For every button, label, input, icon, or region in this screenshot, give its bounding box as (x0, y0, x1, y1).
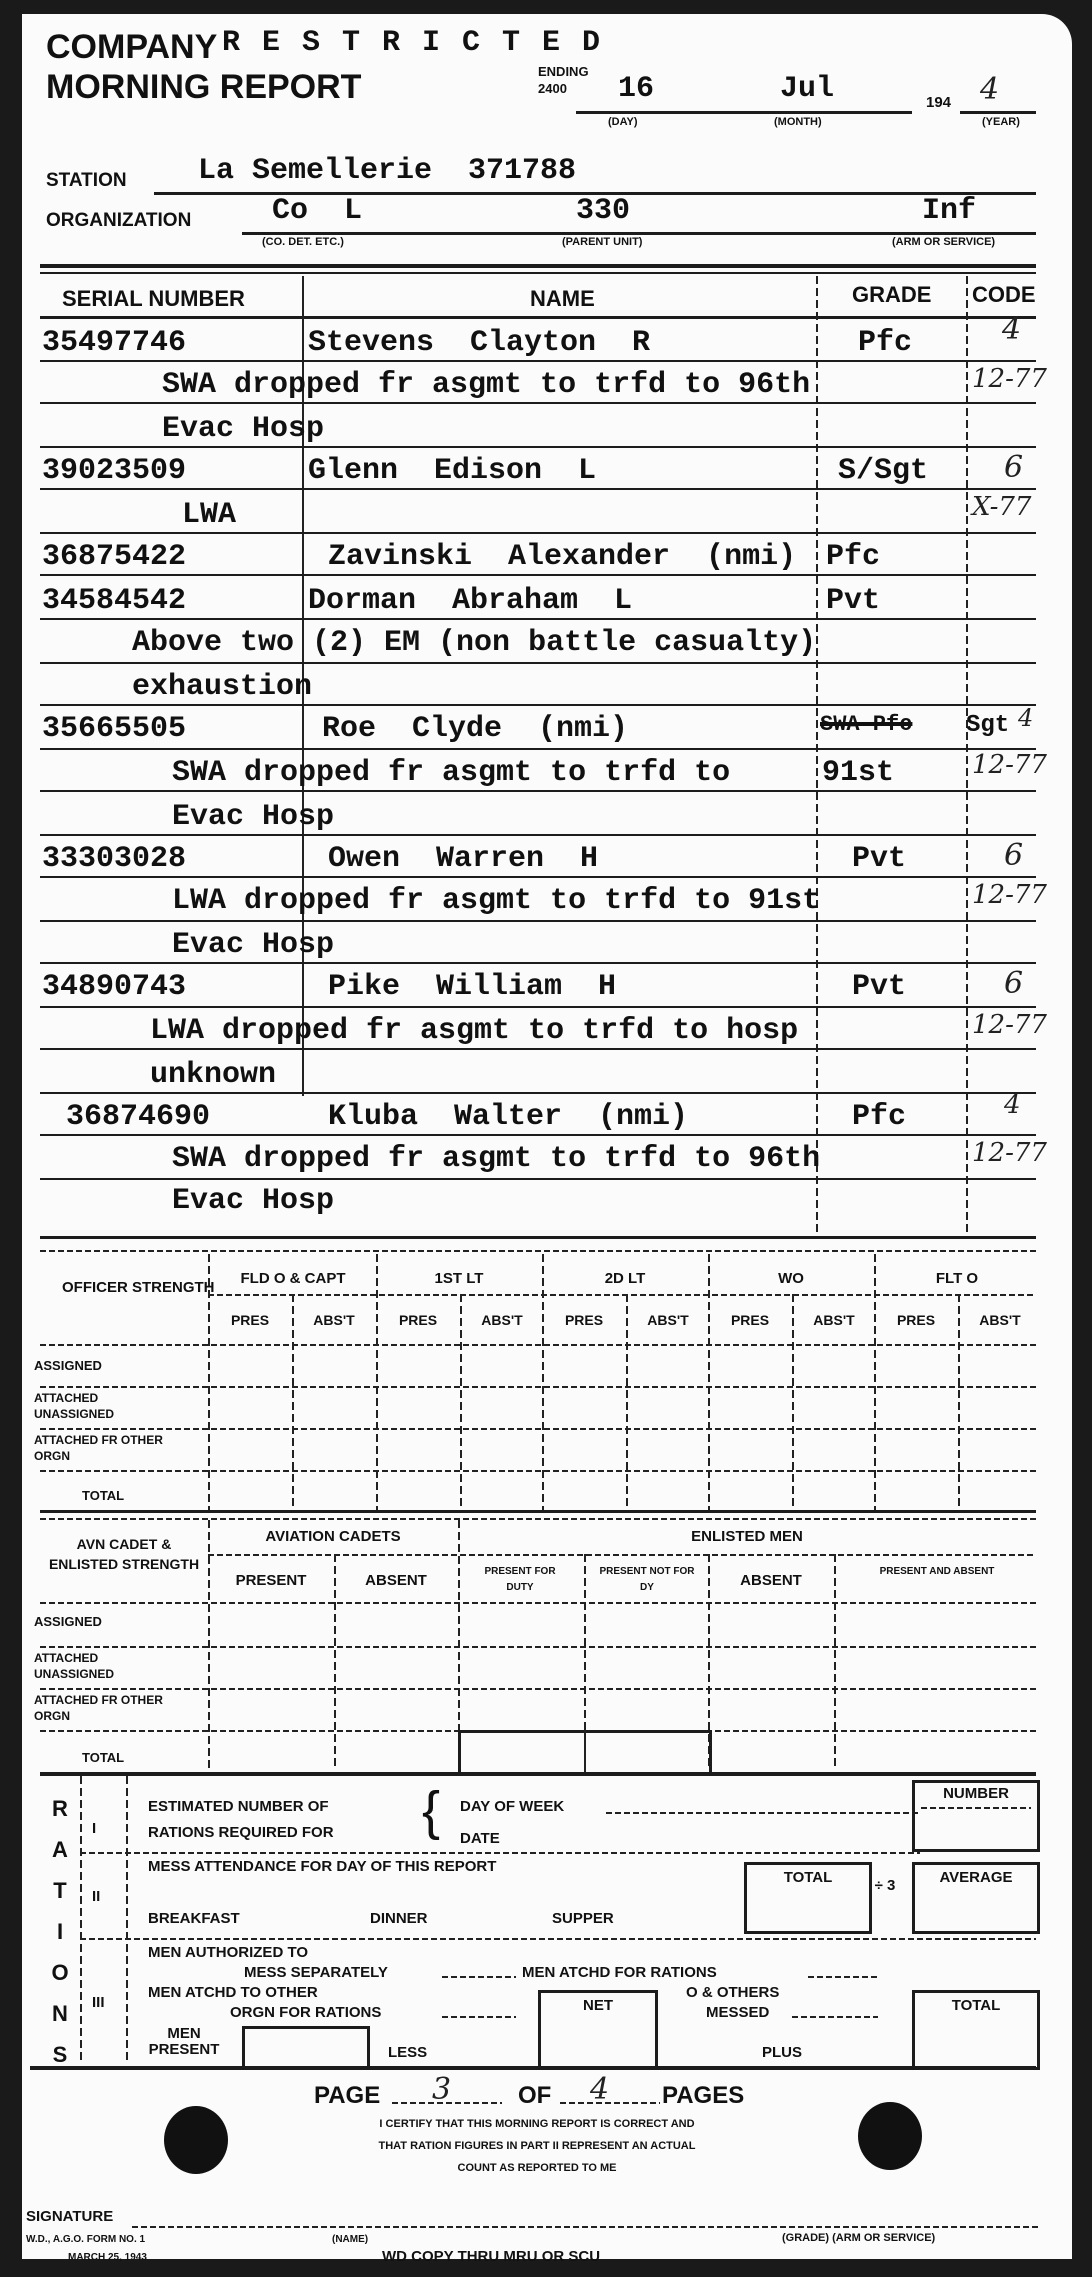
row-label-attached-fr-other-orgn: ATTACHED FR OTHER ORGN (34, 1692, 164, 1724)
sub-column-pres: PRES (208, 1312, 292, 1328)
day-of-week-label: DAY OF WEEK (460, 1798, 564, 1815)
arm-caption: (ARM OR SERVICE) (892, 236, 995, 248)
less-label: LESS (388, 2044, 427, 2061)
column-present-not-for-duty: PRESENT NOT FOR DY (594, 1564, 700, 1596)
mess-total-box[interactable]: TOTAL (744, 1862, 872, 1934)
men-authorized-line1: MEN AUTHORIZED TO (148, 1944, 308, 1961)
serial-number-cell[interactable]: 36874690 (66, 1100, 210, 1134)
page-label: PAGE (314, 2082, 380, 2110)
row-label-total: TOTAL (82, 1488, 124, 1503)
serial-number-cell[interactable]: 35665505 (42, 712, 186, 746)
rations-total-box[interactable]: TOTAL (912, 1990, 1040, 2070)
officer-group-1st-lt: 1ST LT (376, 1270, 542, 1287)
group-aviation-cadets: AVIATION CADETS (208, 1528, 458, 1545)
row-label-assigned: ASSIGNED (34, 1358, 102, 1373)
grade-cell[interactable]: Pfc (852, 1100, 906, 1134)
officer-group-flt-o: FLT O (874, 1270, 1040, 1287)
grade-struck-cell: SWA Pfc (820, 712, 912, 737)
organization-label: ORGANIZATION (46, 210, 191, 232)
grade-cell[interactable]: Sgt (966, 712, 1009, 739)
name-cell[interactable]: Pike William H (328, 970, 616, 1004)
certification-line2: THAT RATION FIGURES IN PART II REPRESENT… (272, 2140, 802, 2152)
group-enlisted-men: ENLISTED MEN (458, 1528, 1036, 1545)
punch-hole-left (164, 2106, 228, 2174)
officer-strength-title: OFFICER STRENGTH (62, 1278, 192, 1298)
name-cell[interactable]: Stevens Clayton R (308, 326, 650, 360)
meal-supper: SUPPER (552, 1910, 614, 1927)
net-box[interactable]: NET (538, 1990, 658, 2070)
sub-column-pres: PRES (376, 1312, 460, 1328)
total-pages[interactable]: 4 (590, 2072, 609, 2107)
serial-number-cell[interactable]: 39023509 (42, 454, 186, 488)
remark-cell[interactable]: SWA dropped fr asgmt to trfd to (172, 756, 730, 790)
remark-cell[interactable]: Evac Hosp (172, 1184, 334, 1218)
code-cell[interactable]: 12-77 (972, 1138, 1047, 1168)
mess-total-label: TOTAL (747, 1869, 869, 1886)
year-prefix: 194 (926, 94, 951, 111)
rations-side-label: RATIONS (42, 1788, 78, 2075)
meal-dinner: DINNER (370, 1910, 428, 1927)
officer-group-2d-lt: 2D LT (542, 1270, 708, 1287)
grade-cell[interactable]: Pvt (852, 970, 906, 1004)
parent-unit-caption: (PARENT UNIT) (562, 236, 642, 248)
certification-line1: I CERTIFY THAT THIS MORNING REPORT IS CO… (272, 2118, 802, 2130)
serial-number-cell[interactable]: 34584542 (42, 584, 186, 618)
rations-total-label: TOTAL (915, 1997, 1037, 2014)
row-label-attached-unassigned: ATTACHED UNASSIGNED (34, 1390, 164, 1422)
page-number[interactable]: 3 (432, 2072, 451, 2107)
name-cell[interactable]: Roe Clyde (nmi) (322, 712, 628, 746)
org-unit-field[interactable]: Co L (272, 194, 362, 228)
remark-cell[interactable]: LWA dropped fr asgmt to trfd to hosp (150, 1014, 798, 1048)
grade-cell[interactable]: S/Sgt (838, 454, 928, 488)
code-cell[interactable]: 12-77 (972, 750, 1047, 780)
men-atchd-for-rations: MEN ATCHD FOR RATIONS (522, 1964, 717, 1981)
copy-note: WD COPY THRU MRU OR SCU (382, 2248, 600, 2265)
column-present-for-duty: PRESENT FOR DUTY (470, 1564, 570, 1596)
grade-cell[interactable]: Pfc (826, 540, 880, 574)
grade-cell[interactable]: Pfc (858, 326, 912, 360)
remark-cell[interactable]: exhaustion (132, 670, 312, 704)
report-month[interactable]: Jul (780, 72, 834, 106)
code-cell[interactable]: 12-77 (972, 1010, 1047, 1040)
code-cell[interactable]: 12-77 (972, 880, 1047, 910)
row-label-assigned: ASSIGNED (34, 1614, 102, 1629)
code-cell[interactable]: X-77 (972, 492, 1031, 522)
column-present: PRESENT (208, 1572, 334, 1589)
divide-by-three: ÷ 3 (870, 1876, 900, 1896)
row-label-attached-fr-other-orgn: ATTACHED FR OTHER ORGN (34, 1432, 164, 1464)
report-year[interactable]: 4 (980, 72, 999, 107)
sub-column-abst: ABS'T (460, 1312, 544, 1328)
net-label: NET (541, 1997, 655, 2014)
remark-cell[interactable]: Evac Hosp (172, 800, 334, 834)
men-atchd-other-line1: MEN ATCHD TO OTHER (148, 1984, 318, 2001)
name-cell[interactable]: Zavinski Alexander (nmi) (328, 540, 796, 574)
remark-cell[interactable]: LWA (182, 498, 236, 532)
name-caption: (NAME) (332, 2234, 368, 2245)
signature-label: SIGNATURE (26, 2208, 113, 2225)
report-day[interactable]: 16 (618, 72, 654, 106)
parent-unit-field[interactable]: 330 (576, 194, 630, 228)
row-label-total: TOTAL (82, 1750, 124, 1765)
estimated-label-line2: RATIONS REQUIRED FOR (148, 1824, 334, 1841)
sub-column-abst: ABS'T (626, 1312, 710, 1328)
mess-attendance-title: MESS ATTENDANCE FOR DAY OF THIS REPORT (148, 1858, 496, 1875)
men-present-box[interactable] (242, 2026, 370, 2070)
officer-group-fld-o-capt: FLD O & CAPT (210, 1270, 376, 1287)
morning-report-form: COMPANY R E S T R I C T E D MORNING REPO… (22, 14, 1072, 2259)
column-absent: ABSENT (334, 1572, 458, 1589)
serial-number-cell[interactable]: 33303028 (42, 842, 186, 876)
average-box[interactable]: AVERAGE (912, 1862, 1040, 1934)
code-cell[interactable]: 4 (1004, 1090, 1021, 1120)
org-unit-caption: (CO. DET. ETC.) (262, 236, 344, 248)
ending-label: ENDING (538, 64, 589, 79)
column-absent-em: ABSENT (708, 1572, 834, 1589)
men-present-label: MEN PRESENT (144, 2026, 224, 2058)
form-title-company: COMPANY (46, 28, 217, 67)
sub-column-pres: PRES (542, 1312, 626, 1328)
remark-cell[interactable]: SWA dropped fr asgmt to trfd to 96th (162, 368, 810, 402)
form-date: MARCH 25, 1943 (68, 2252, 147, 2263)
section-numeral-i: I (92, 1820, 96, 1837)
enlisted-strength-title: AVN CADET & ENLISTED STRENGTH (44, 1534, 204, 1574)
section-numeral-ii: II (92, 1888, 100, 1905)
station-label: STATION (46, 170, 127, 192)
sub-column-pres: PRES (708, 1312, 792, 1328)
remark-cell[interactable]: Evac Hosp (172, 928, 334, 962)
form-number: W.D., A.G.O. FORM NO. 1 (26, 2234, 145, 2245)
code-cell[interactable]: 12-77 (972, 364, 1047, 394)
average-label: AVERAGE (915, 1869, 1037, 1886)
section-numeral-iii: III (92, 1994, 105, 2011)
column-header-grade: GRADE (852, 282, 931, 308)
code-cell[interactable]: 6 (1004, 838, 1023, 873)
plus-label: PLUS (762, 2044, 802, 2061)
name-cell[interactable]: Glenn Edison L (308, 454, 596, 488)
date-label: DATE (460, 1830, 500, 1847)
of-label: OF (518, 2082, 551, 2110)
classification-stamp: R E S T R I C T E D (222, 26, 602, 60)
code-cell[interactable]: 6 (1004, 450, 1023, 485)
code-cell[interactable]: 4 (1002, 312, 1021, 347)
column-header-name: NAME (530, 286, 595, 312)
name-cell[interactable]: Owen Warren H (328, 842, 598, 876)
number-box-label: NUMBER (915, 1785, 1037, 1802)
serial-number-cell[interactable]: 35497746 (42, 326, 186, 360)
remark-cell[interactable]: Above two (2) EM (non battle casualty) (132, 626, 816, 660)
meal-breakfast: BREAKFAST (148, 1910, 240, 1927)
o-others-line1: O & OTHERS (686, 1984, 779, 2001)
grade-caption: (GRADE) (ARM OR SERVICE) (782, 2232, 935, 2244)
estimated-label-line1: ESTIMATED NUMBER OF (148, 1798, 329, 1815)
grade-cell[interactable]: Pvt (826, 584, 880, 618)
code-cell[interactable]: 4 (1018, 704, 1033, 732)
serial-number-cell[interactable]: 34890743 (42, 970, 186, 1004)
column-header-serial: SERIAL NUMBER (62, 286, 245, 312)
brace-icon: { (422, 1784, 440, 1838)
code-cell[interactable]: 6 (1004, 966, 1023, 1001)
sub-column-abst: ABS'T (292, 1312, 376, 1328)
column-header-code: CODE (972, 282, 1036, 308)
certification-line3: COUNT AS REPORTED TO ME (272, 2162, 802, 2174)
form-title-morning-report: MORNING REPORT (46, 68, 361, 107)
arm-of-service-field[interactable]: Inf (922, 194, 976, 228)
remark-cell[interactable]: LWA dropped fr asgmt to trfd to 91st (172, 884, 820, 918)
sub-column-abst: ABS'T (792, 1312, 876, 1328)
station-field[interactable]: La Semellerie 371788 (198, 154, 576, 188)
name-cell[interactable]: Dorman Abraham L (308, 584, 632, 618)
grade-cell[interactable]: 91st (822, 756, 894, 790)
pages-label: PAGES (662, 2082, 744, 2110)
row-label-attached-unassigned: ATTACHED UNASSIGNED (34, 1650, 164, 1682)
punch-hole-right (858, 2102, 922, 2170)
sub-column-abst: ABS'T (958, 1312, 1042, 1328)
remark-cell[interactable]: SWA dropped fr asgmt to trfd to 96th (172, 1142, 820, 1176)
grade-cell[interactable]: Pvt (852, 842, 906, 876)
ending-time: 2400 (538, 81, 567, 96)
o-others-line2: MESSED (706, 2004, 769, 2021)
men-authorized-line2: MESS SEPARATELY (244, 1964, 388, 1981)
day-caption: (DAY) (608, 116, 638, 128)
name-cell[interactable]: Kluba Walter (nmi) (328, 1100, 688, 1134)
month-caption: (MONTH) (774, 116, 822, 128)
year-caption: (YEAR) (982, 116, 1020, 128)
serial-number-cell[interactable]: 36875422 (42, 540, 186, 574)
remark-cell[interactable]: Evac Hosp (162, 412, 324, 446)
men-atchd-other-line2: ORGN FOR RATIONS (230, 2004, 381, 2021)
sub-column-pres: PRES (874, 1312, 958, 1328)
signature-line[interactable] (132, 2226, 1038, 2228)
number-box[interactable]: NUMBER (912, 1780, 1040, 1852)
column-present-and-absent: PRESENT AND ABSENT (872, 1564, 1002, 1580)
officer-group-wo: WO (708, 1270, 874, 1287)
remark-cell[interactable]: unknown (150, 1058, 276, 1092)
